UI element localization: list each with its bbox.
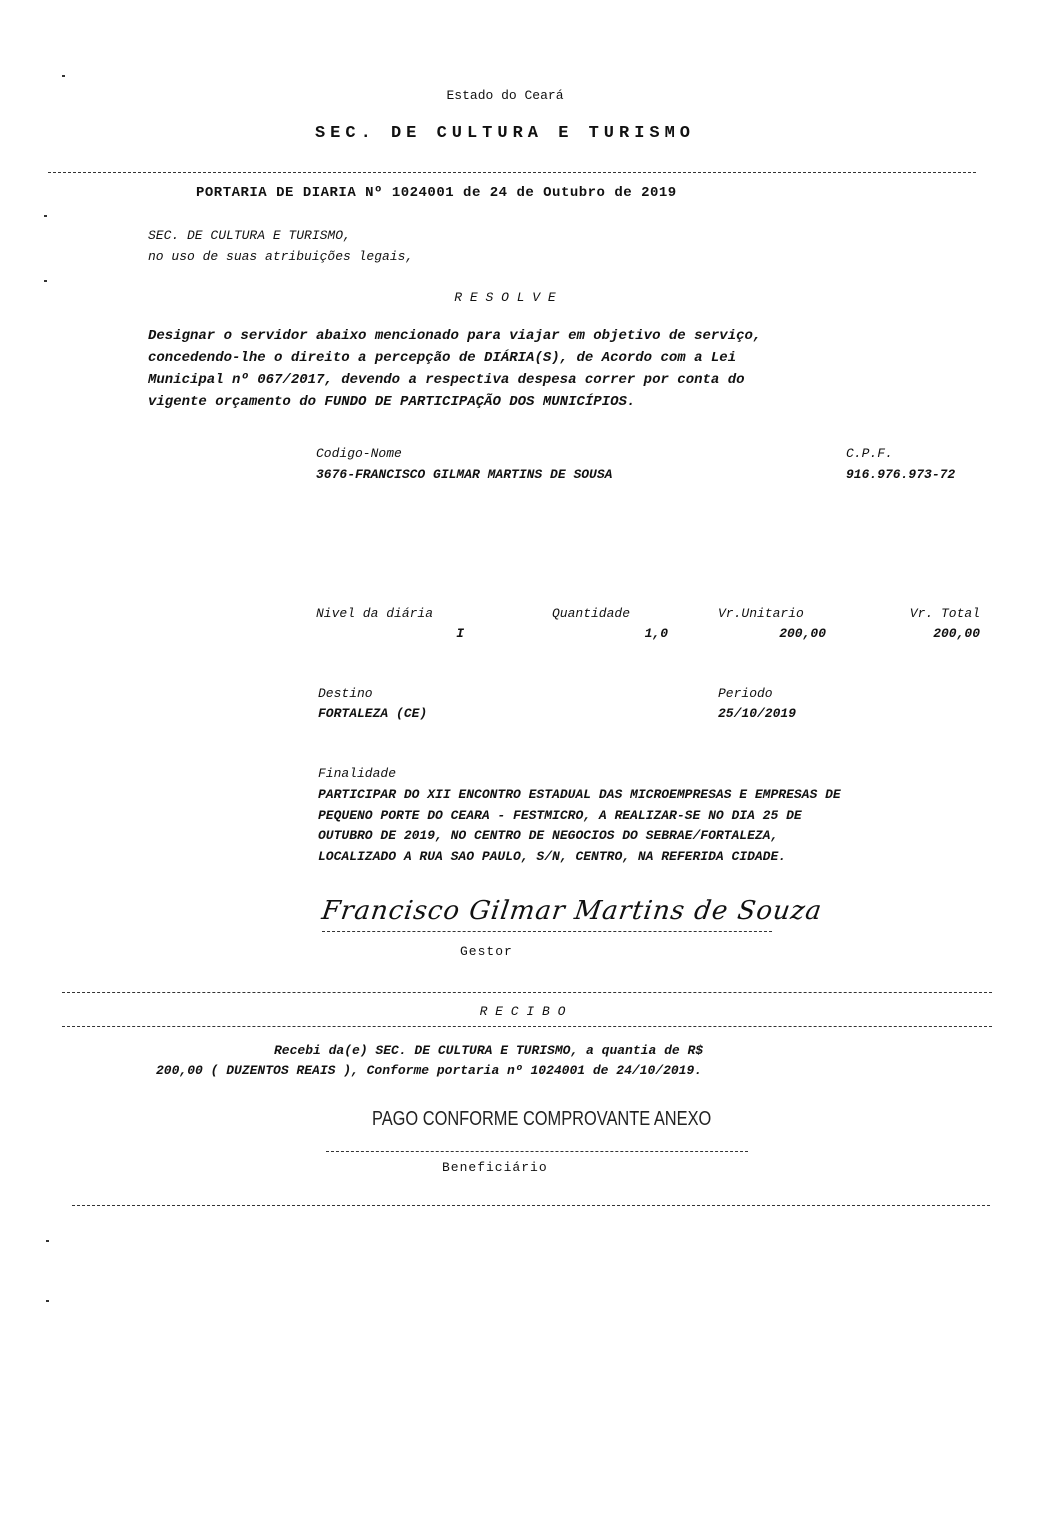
finalidade-line: LOCALIZADO A RUA SAO PAULO, S/N, CENTRO,… xyxy=(318,847,841,868)
periodo-label: Periodo xyxy=(718,686,773,701)
vr-unitario-value: 200,00 xyxy=(718,626,826,641)
recibo-heading-text: R E C I B O xyxy=(0,1004,1045,1019)
quantidade-label: Quantidade xyxy=(552,606,630,621)
destino-label: Destino xyxy=(318,686,373,701)
codigo-nome-label: Codigo-Nome xyxy=(316,446,402,461)
scan-speck xyxy=(44,280,47,282)
paragraph-line: vigente orçamento do FUNDO DE PARTICIPAÇ… xyxy=(148,391,761,413)
gestor-label: Gestor xyxy=(460,944,513,959)
recibo-line-2: 200,00 ( DUZENTOS REAIS ), Conforme port… xyxy=(156,1063,702,1078)
agency-title: SEC. DE CULTURA E TURISMO xyxy=(0,124,1010,143)
beneficiario-label: Beneficiário xyxy=(442,1160,548,1175)
nivel-label: Nivel da diária xyxy=(316,606,433,621)
state-name: Estado do Ceará xyxy=(0,88,1010,103)
divider xyxy=(62,1026,992,1027)
quantidade-value: 1,0 xyxy=(552,626,668,641)
vr-total-value: 200,00 xyxy=(880,626,980,641)
finalidade-line: PARTICIPAR DO XII ENCONTRO ESTADUAL DAS … xyxy=(318,785,841,806)
signature-line xyxy=(322,931,772,932)
finalidade-line: PEQUENO PORTE DO CEARA - FESTMICRO, A RE… xyxy=(318,806,841,827)
resolution-paragraph: Designar o servidor abaixo mencionado pa… xyxy=(148,325,761,413)
cpf-value: 916.976.973-72 xyxy=(846,467,955,482)
intro-line-2: no uso de suas atribuições legais, xyxy=(148,249,413,264)
scan-speck xyxy=(46,1240,49,1242)
resolve-heading-text: R E S O L V E xyxy=(0,290,1010,305)
scan-speck xyxy=(62,75,65,77)
finalidade-text: PARTICIPAR DO XII ENCONTRO ESTADUAL DAS … xyxy=(318,785,841,867)
intro-line-1: SEC. DE CULTURA E TURISMO, xyxy=(148,228,351,243)
recibo-heading: R E C I B O xyxy=(0,1004,1045,1019)
divider xyxy=(72,1205,990,1206)
portaria-title: PORTARIA DE DIARIA Nº 1024001 de 24 de O… xyxy=(196,185,677,201)
paragraph-line: Municipal nº 067/2017, devendo a respect… xyxy=(148,369,761,391)
paragraph-line: Designar o servidor abaixo mencionado pa… xyxy=(148,325,761,347)
paragraph-line: concedendo-lhe o direito a percepção de … xyxy=(148,347,761,369)
agency-title-text: SEC. DE CULTURA E TURISMO xyxy=(0,124,1010,143)
nivel-value: I xyxy=(316,626,464,641)
vr-unitario-label: Vr.Unitario xyxy=(718,606,804,621)
codigo-nome-value: 3676-FRANCISCO GILMAR MARTINS DE SOUSA xyxy=(316,467,612,482)
divider xyxy=(62,992,992,993)
recibo-line-1: Recebi da(e) SEC. DE CULTURA E TURISMO, … xyxy=(274,1043,703,1058)
vr-total-label: Vr. Total xyxy=(880,606,980,621)
beneficiario-line xyxy=(326,1151,748,1152)
handwritten-signature: Francisco Gilmar Martins de Souza xyxy=(320,896,824,926)
finalidade-line: OUTUBRO DE 2019, NO CENTRO DE NEGOCIOS D… xyxy=(318,826,841,847)
resolve-heading: R E S O L V E xyxy=(0,290,1010,305)
finalidade-label: Finalidade xyxy=(318,766,396,781)
cpf-label: C.P.F. xyxy=(846,446,893,461)
periodo-value: 25/10/2019 xyxy=(718,706,796,721)
state-name-text: Estado do Ceará xyxy=(0,88,1010,103)
divider xyxy=(48,172,976,173)
destino-value: FORTALEZA (CE) xyxy=(318,706,427,721)
paid-stamp: PAGO CONFORME COMPROVANTE ANEXO xyxy=(372,1108,711,1131)
scan-speck xyxy=(44,215,47,217)
scan-speck xyxy=(46,1300,49,1302)
